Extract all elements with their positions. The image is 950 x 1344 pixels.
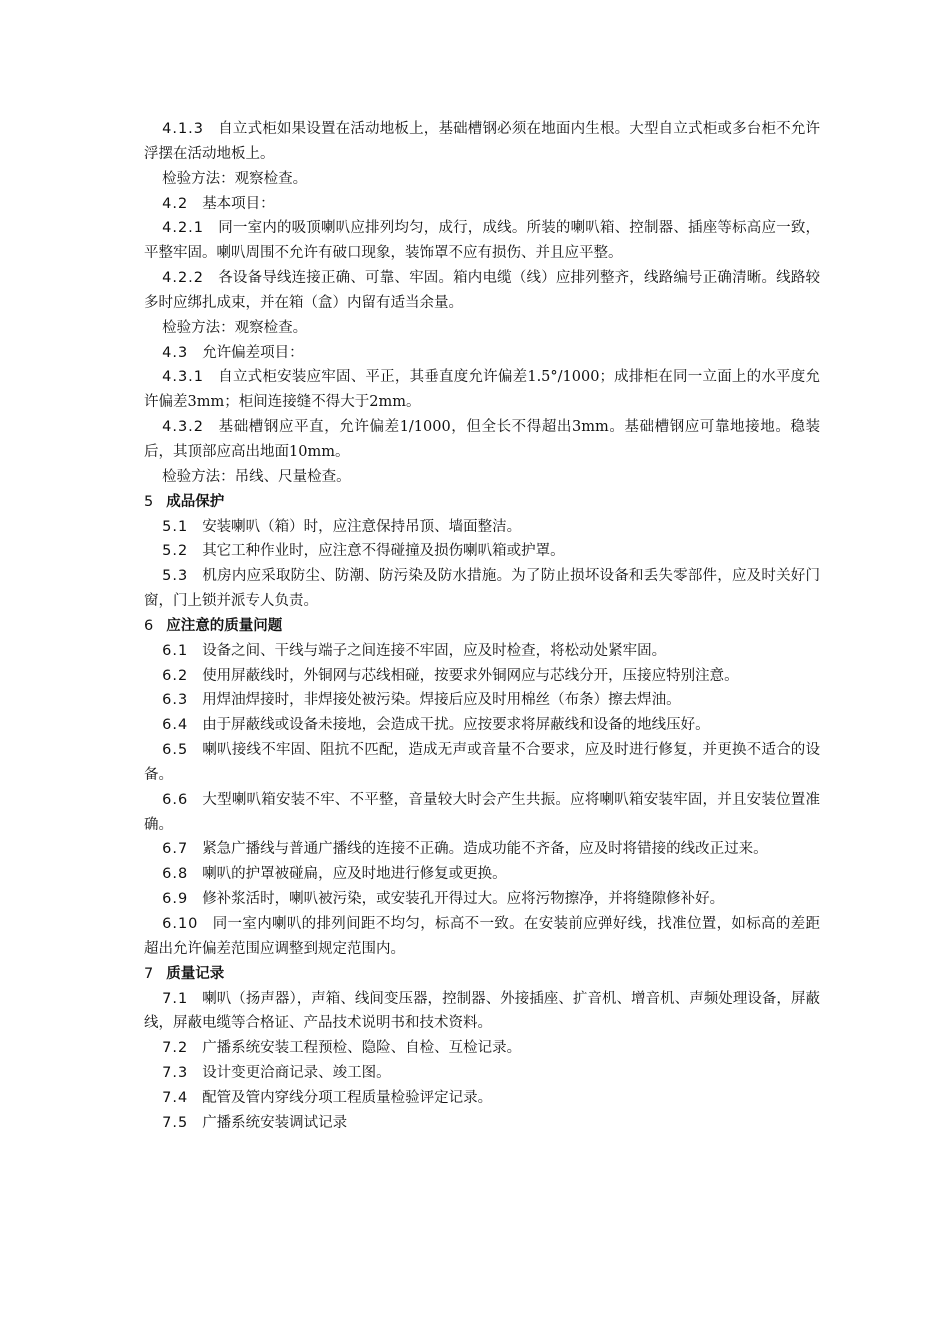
- inspection-method: 检验方法：观察检查。: [144, 316, 820, 341]
- clause-number: 6.5: [162, 742, 188, 758]
- clause-number: 4.3.1: [162, 369, 204, 385]
- clause-text: 检验方法：吊线、尺量检查。: [162, 469, 351, 485]
- clause-text: 基础槽钢应平直，允许偏差1/1000，但全长不得超出3mm。基础槽钢应可靠地接地…: [144, 419, 820, 460]
- clause-text: 允许偏差项目：: [202, 345, 304, 361]
- clause-text: 机房内应采取防尘、防潮、防污染及防水措施。为了防止损坏设备和丢失零部件，应及时关…: [144, 568, 820, 609]
- clause-4-1-3: 4.1.3自立式柜如果设置在活动地板上，基础槽钢必须在地面内生根。大型自立式柜或…: [144, 117, 820, 167]
- clause-text: 同一室内喇叭的排列间距不均匀，标高不一致。在安装前应弹好线，找准位置，如标高的差…: [144, 916, 820, 957]
- section-number: 7: [144, 966, 154, 982]
- clause-number: 6.1: [162, 643, 188, 659]
- clause-text: 修补浆活时，喇叭被污染，或安装孔开得过大。应将污物擦净，并将缝隙修补好。: [202, 891, 724, 907]
- clause-text: 安装喇叭（箱）时，应注意保持吊顶、墙面整洁。: [202, 519, 521, 535]
- clause-text: 检验方法：观察检查。: [162, 171, 307, 187]
- clause-6-3: 6.3用焊油焊接时，非焊接处被污染。焊接后应及时用棉丝（布条）擦去焊油。: [144, 688, 820, 713]
- clause-text: 喇叭（扬声器），声箱、线间变压器，控制器、外接插座、扩音机、增音机、声频处理设备…: [144, 991, 820, 1032]
- clause-4-2: 4.2基本项目：: [144, 192, 820, 217]
- clause-number: 4.2: [162, 196, 188, 212]
- clause-text: 紧急广播线与普通广播线的连接不正确。造成功能不齐备，应及时将错接的线改正过来。: [202, 841, 768, 857]
- clause-number: 6.2: [162, 668, 188, 684]
- section-title: 质量记录: [166, 966, 224, 982]
- clause-4-3-1: 4.3.1自立式柜安装应牢固、平正，其垂直度允许偏差1.5°/1000；成排柜在…: [144, 365, 820, 415]
- clause-6-10: 6.10同一室内喇叭的排列间距不均匀，标高不一致。在安装前应弹好线，找准位置，如…: [144, 912, 820, 962]
- clause-number: 7.4: [162, 1090, 188, 1106]
- clause-6-2: 6.2使用屏蔽线时，外铜网与芯线相碰，按要求外铜网应与芯线分开，压接应特别注意。: [144, 664, 820, 689]
- clause-number: 4.2.1: [162, 220, 204, 236]
- inspection-method: 检验方法：观察检查。: [144, 167, 820, 192]
- clause-number: 7.2: [162, 1040, 188, 1056]
- clause-number: 7.3: [162, 1065, 188, 1081]
- clause-number: 6.6: [162, 792, 188, 808]
- clause-number: 4.3: [162, 345, 188, 361]
- clause-6-8: 6.8喇叭的护罩被碰扁，应及时地进行修复或更换。: [144, 862, 820, 887]
- clause-7-3: 7.3设计变更洽商记录、竣工图。: [144, 1061, 820, 1086]
- section-heading-6: 6应注意的质量问题: [144, 614, 820, 639]
- clause-text: 设备之间、干线与端子之间连接不牢固，应及时检查，将松动处紧牢固。: [202, 643, 666, 659]
- clause-4-3-2: 4.3.2基础槽钢应平直，允许偏差1/1000，但全长不得超出3mm。基础槽钢应…: [144, 415, 820, 465]
- clause-5-1: 5.1安装喇叭（箱）时，应注意保持吊顶、墙面整洁。: [144, 515, 820, 540]
- clause-text: 大型喇叭箱安装不牢、不平整，音量较大时会产生共振。应将喇叭箱安装牢固，并且安装位…: [144, 792, 820, 833]
- clause-7-5: 7.5广播系统安装调试记录: [144, 1111, 820, 1136]
- clause-number: 6.9: [162, 891, 188, 907]
- inspection-method: 检验方法：吊线、尺量检查。: [144, 465, 820, 490]
- clause-number: 7.1: [162, 991, 188, 1007]
- clause-6-4: 6.4由于屏蔽线或设备未接地，会造成干扰。应按要求将屏蔽线和设备的地线压好。: [144, 713, 820, 738]
- section-number: 5: [144, 494, 154, 510]
- clause-text: 由于屏蔽线或设备未接地，会造成干扰。应按要求将屏蔽线和设备的地线压好。: [202, 717, 710, 733]
- section-heading-5: 5成品保护: [144, 490, 820, 515]
- clause-text: 广播系统安装调试记录: [202, 1115, 347, 1131]
- section-title: 应注意的质量问题: [166, 618, 282, 634]
- clause-text: 使用屏蔽线时，外铜网与芯线相碰，按要求外铜网应与芯线分开，压接应特别注意。: [202, 668, 739, 684]
- clause-6-1: 6.1设备之间、干线与端子之间连接不牢固，应及时检查，将松动处紧牢固。: [144, 639, 820, 664]
- clause-text: 各设备导线连接正确、可靠、牢固。箱内电缆（线）应排列整齐，线路编号正确清晰。线路…: [144, 270, 820, 311]
- clause-text: 用焊油焊接时，非焊接处被污染。焊接后应及时用棉丝（布条）擦去焊油。: [202, 692, 681, 708]
- clause-number: 7.5: [162, 1115, 188, 1131]
- clause-text: 喇叭接线不牢固、阻抗不匹配，造成无声或音量不合要求，应及时进行修复，并更换不适合…: [144, 742, 820, 783]
- clause-4-2-1: 4.2.1同一室内的吸顶喇叭应排列均匀，成行，成线。所装的喇叭箱、控制器、插座等…: [144, 216, 820, 266]
- clause-text: 同一室内的吸顶喇叭应排列均匀，成行，成线。所装的喇叭箱、控制器、插座等标高应一致…: [144, 220, 820, 261]
- clause-number: 5.2: [162, 543, 188, 559]
- clause-text: 检验方法：观察检查。: [162, 320, 307, 336]
- document-page: 4.1.3自立式柜如果设置在活动地板上，基础槽钢必须在地面内生根。大型自立式柜或…: [144, 117, 820, 1136]
- section-heading-7: 7质量记录: [144, 962, 820, 987]
- clause-text: 自立式柜如果设置在活动地板上，基础槽钢必须在地面内生根。大型自立式柜或多台柜不允…: [144, 121, 820, 162]
- clause-text: 自立式柜安装应牢固、平正，其垂直度允许偏差1.5°/1000；成排柜在同一立面上…: [144, 369, 820, 410]
- clause-number: 6.7: [162, 841, 188, 857]
- clause-text: 设计变更洽商记录、竣工图。: [202, 1065, 391, 1081]
- clause-6-6: 6.6大型喇叭箱安装不牢、不平整，音量较大时会产生共振。应将喇叭箱安装牢固，并且…: [144, 788, 820, 838]
- clause-7-4: 7.4配管及管内穿线分项工程质量检验评定记录。: [144, 1086, 820, 1111]
- clause-number: 6.3: [162, 692, 188, 708]
- clause-5-3: 5.3机房内应采取防尘、防潮、防污染及防水措施。为了防止损坏设备和丢失零部件，应…: [144, 564, 820, 614]
- clause-number: 6.4: [162, 717, 188, 733]
- clause-number: 4.3.2: [162, 419, 204, 435]
- clause-number: 5.3: [162, 568, 188, 584]
- clause-5-2: 5.2其它工种作业时，应注意不得碰撞及损伤喇叭箱或护罩。: [144, 539, 820, 564]
- clause-number: 4.2.2: [162, 270, 204, 286]
- clause-4-2-2: 4.2.2各设备导线连接正确、可靠、牢固。箱内电缆（线）应排列整齐，线路编号正确…: [144, 266, 820, 316]
- clause-6-7: 6.7紧急广播线与普通广播线的连接不正确。造成功能不齐备，应及时将错接的线改正过…: [144, 837, 820, 862]
- clause-number: 6.8: [162, 866, 188, 882]
- clause-text: 配管及管内穿线分项工程质量检验评定记录。: [202, 1090, 492, 1106]
- clause-text: 广播系统安装工程预检、隐险、自检、互检记录。: [202, 1040, 521, 1056]
- clause-number: 4.1.3: [162, 121, 204, 137]
- clause-number: 6.10: [162, 916, 198, 932]
- clause-7-1: 7.1喇叭（扬声器），声箱、线间变压器，控制器、外接插座、扩音机、增音机、声频处…: [144, 987, 820, 1037]
- section-number: 6: [144, 618, 154, 634]
- clause-6-5: 6.5喇叭接线不牢固、阻抗不匹配，造成无声或音量不合要求，应及时进行修复，并更换…: [144, 738, 820, 788]
- clause-4-3: 4.3允许偏差项目：: [144, 341, 820, 366]
- clause-number: 5.1: [162, 519, 188, 535]
- section-title: 成品保护: [166, 494, 224, 510]
- clause-6-9: 6.9修补浆活时，喇叭被污染，或安装孔开得过大。应将污物擦净，并将缝隙修补好。: [144, 887, 820, 912]
- clause-text: 其它工种作业时，应注意不得碰撞及损伤喇叭箱或护罩。: [202, 543, 565, 559]
- clause-text: 喇叭的护罩被碰扁，应及时地进行修复或更换。: [202, 866, 507, 882]
- clause-7-2: 7.2广播系统安装工程预检、隐险、自检、互检记录。: [144, 1036, 820, 1061]
- clause-text: 基本项目：: [202, 196, 275, 212]
